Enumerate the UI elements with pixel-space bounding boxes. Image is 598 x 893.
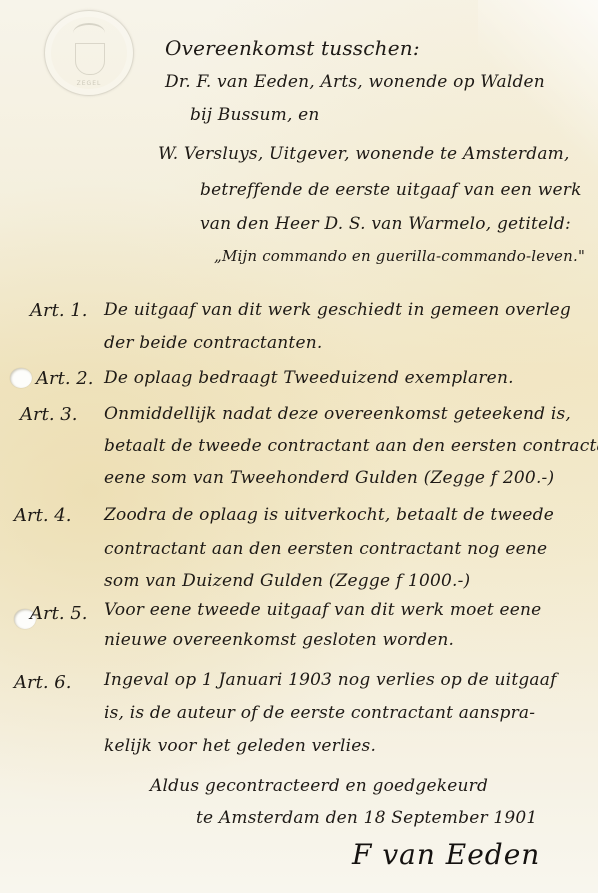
seal-text: ZEGEL xyxy=(45,80,133,87)
embossed-seal-icon: ZEGEL xyxy=(44,10,134,96)
article-6-line3: kelijk voor het geleden verlies. xyxy=(104,736,376,756)
party2-line1: W. Versluys, Uitgever, wonende te Amster… xyxy=(158,144,570,164)
shield-icon xyxy=(75,43,105,75)
article-5-line2: nieuwe overeenkomst gesloten worden. xyxy=(104,630,454,650)
article-6-line1: Ingeval op 1 Januari 1903 nog verlies op… xyxy=(104,670,557,690)
article-3-line1: Onmiddellijk nadat deze overeenkomst get… xyxy=(104,404,571,424)
article-3-label: Art. 3. xyxy=(20,404,77,425)
article-4-line2: contractant aan den eersten contractant … xyxy=(104,539,547,559)
punch-hole-upper xyxy=(10,368,32,388)
article-4-label: Art. 4. xyxy=(14,505,71,526)
article-2-line1: De oplaag bedraagt Tweeduizend exemplare… xyxy=(104,368,514,388)
subject-line1: betreffende de eerste uitgaaf van een we… xyxy=(200,180,582,200)
party1-line2: bij Bussum, en xyxy=(190,105,320,125)
closing-line1: Aldus gecontracteerd en goedgekeurd xyxy=(150,776,488,796)
closing-line2: te Amsterdam den 18 September 1901 xyxy=(196,808,537,828)
article-5-line1: Voor eene tweede uitgaaf van dit werk mo… xyxy=(104,600,541,620)
book-title: „Mijn commando en guerilla-commando-leve… xyxy=(214,247,585,265)
article-1-line1: De uitgaaf van dit werk geschiedt in gem… xyxy=(104,300,571,320)
article-6-label: Art. 6. xyxy=(14,672,71,693)
article-2-label: Art. 2. xyxy=(36,368,93,389)
crown-icon xyxy=(73,23,105,43)
article-4-line1: Zoodra de oplaag is uitverkocht, betaalt… xyxy=(104,505,554,525)
contract-title: Overeenkomst tusschen: xyxy=(165,36,420,60)
article-3-line2: betaalt de tweede contractant aan den ee… xyxy=(104,436,598,456)
party1-line1: Dr. F. van Eeden, Arts, wonende op Walde… xyxy=(165,72,545,92)
article-1-label: Art. 1. xyxy=(30,300,87,321)
article-6-line2: is, is de auteur of de eerste contractan… xyxy=(104,703,535,723)
article-5-label: Art. 5. xyxy=(30,603,87,624)
article-3-line3: eene som van Tweehonderd Gulden (Zegge f… xyxy=(104,468,554,488)
article-1-line2: der beide contractanten. xyxy=(104,333,322,353)
subject-line2: van den Heer D. S. van Warmelo, getiteld… xyxy=(200,214,571,234)
article-4-line3: som van Duizend Gulden (Zegge f 1000.-) xyxy=(104,571,470,591)
signature: F van Eeden xyxy=(352,838,540,871)
